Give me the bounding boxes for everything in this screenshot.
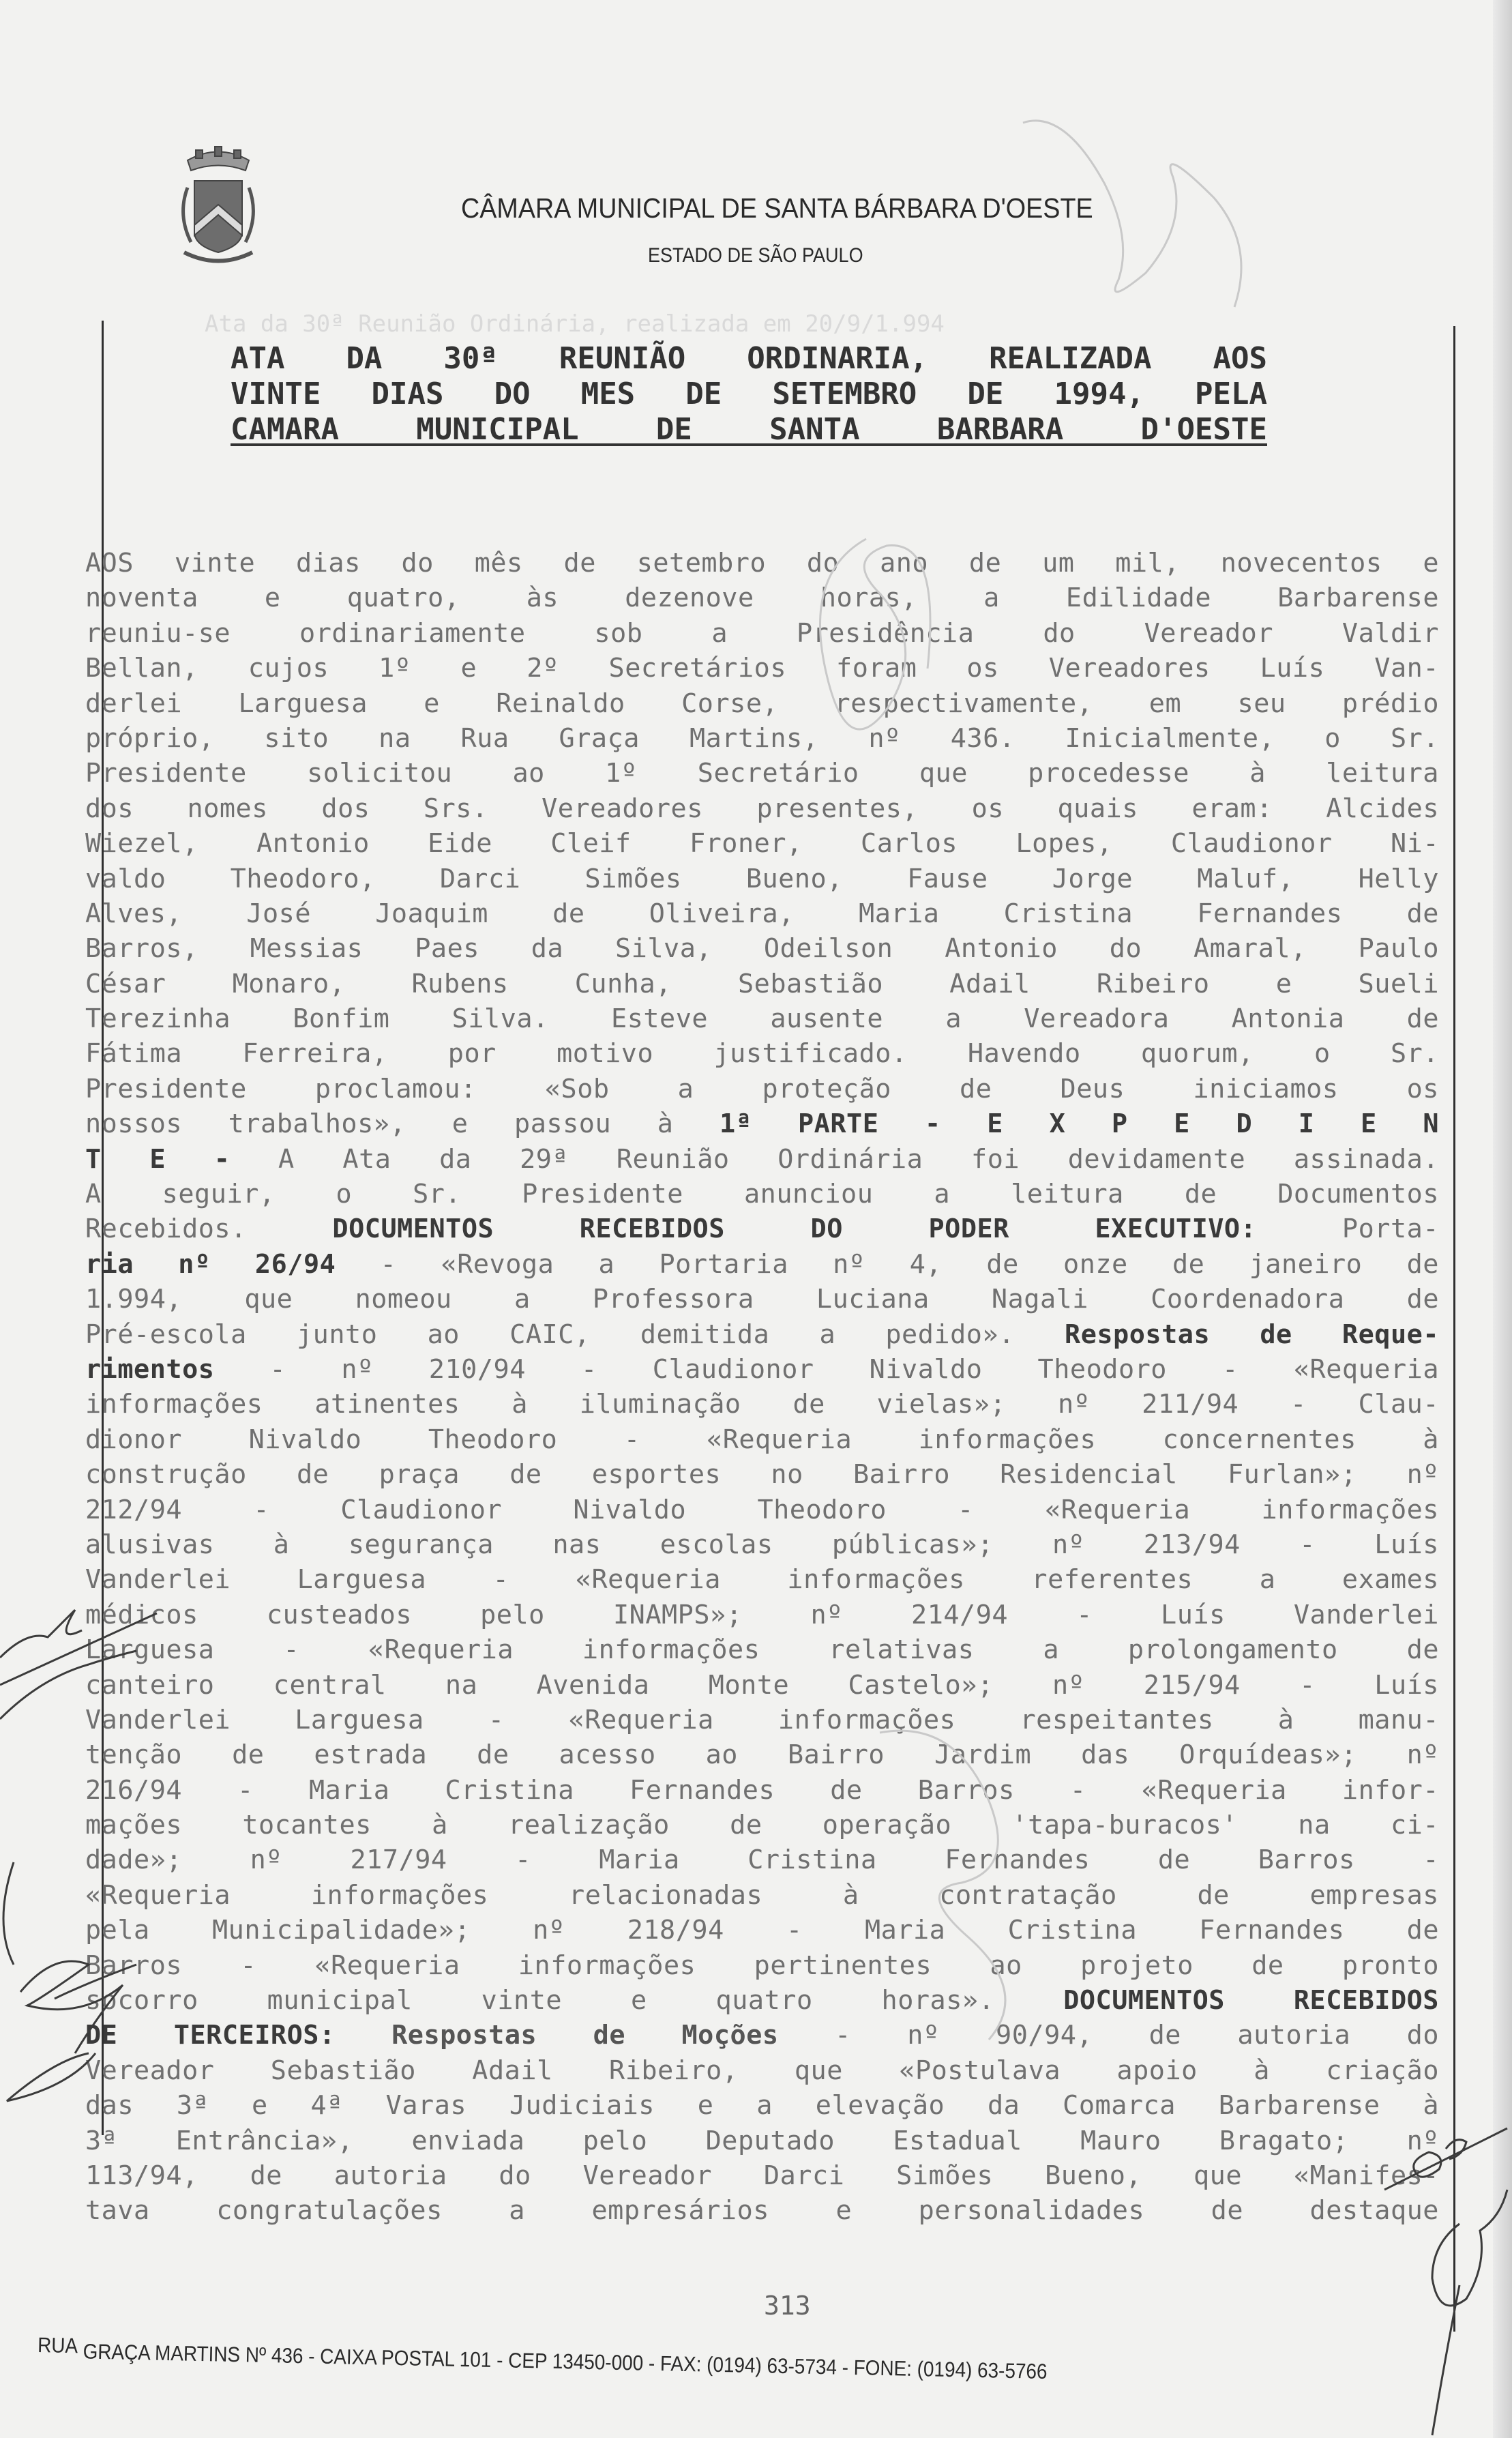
body-line: DE TERCEIROS: Respostas de Moções - nº 9… (85, 2018, 1439, 2053)
body-line: Fátima Ferreira, por motivo justificado.… (85, 1036, 1439, 1071)
page-number: 313 (764, 2291, 811, 2321)
document-page: Ata da 30ª Reunião Ordinária, realizada … (0, 0, 1512, 2438)
body-line: pela Municipalidade»; nº 218/94 - Maria … (85, 1913, 1439, 1948)
margin-signature-icon (0, 1583, 205, 2128)
body-line: mações tocantes à realização de operação… (85, 1808, 1439, 1842)
body-line: 212/94 - Claudionor Nivaldo Theodoro - «… (85, 1493, 1439, 1527)
minutes-body: AOS vinte dias do mês de setembro do ano… (85, 546, 1439, 2229)
footer-address: RUA GRAÇA MARTINS Nº 436 - CAIXA POSTAL … (38, 2338, 1048, 2384)
body-line: Barros - «Requeria informações pertinent… (85, 1948, 1439, 1983)
show-through-signature (853, 1719, 1078, 2046)
body-line: Pré-escola junto ao CAIC, demitida a ped… (85, 1317, 1439, 1352)
body-line: Vanderlei Larguesa - «Requeria informaçõ… (85, 1562, 1439, 1597)
body-line: noventa e quatro, às dezenove horas, a E… (85, 581, 1439, 615)
body-line: das 3ª e 4ª Varas Judiciais e a elevação… (85, 2088, 1439, 2123)
body-line: dos nomes dos Srs. Vereadores presentes,… (85, 791, 1439, 826)
body-line: alusivas à segurança nas escolas pública… (85, 1527, 1439, 1562)
body-line: tava congratulações a empresários e pers… (85, 2193, 1439, 2228)
body-line: AOS vinte dias do mês de setembro do ano… (85, 546, 1439, 581)
title-line: VINTE DIAS DO MES DE SETEMBRO DE 1994, P… (231, 377, 1267, 412)
body-line: canteiro central na Avenida Monte Castel… (85, 1668, 1439, 1703)
portaria-label: ria nº 26/94 (85, 1249, 336, 1280)
minutes-title: ATA DA 30ª REUNIÃO ORDINARIA, REALIZADA … (231, 341, 1267, 447)
body-line: socorro municipal vinte e quatro horas».… (85, 1983, 1439, 2018)
body-line: Wiezel, Antonio Eide Cleif Froner, Carlo… (85, 826, 1439, 861)
body-line: Alves, José Joaquim de Oliveira, Maria C… (85, 896, 1439, 931)
body-text-segment: Porta- (1256, 1214, 1439, 1244)
body-line: construção de praça de esportes no Bairr… (85, 1457, 1439, 1492)
body-line: César Monaro, Rubens Cunha, Sebastião Ad… (85, 967, 1439, 1001)
body-line: rimentos - nº 210/94 - Claudionor Nivald… (85, 1352, 1439, 1387)
body-line: Bellan, cujos 1º e 2º Secretários foram … (85, 651, 1439, 686)
show-through-text: Ata da 30ª Reunião Ordinária, realizada … (205, 310, 945, 338)
body-line: valdo Theodoro, Darci Simões Bueno, Faus… (85, 862, 1439, 896)
body-line: dade»; nº 217/94 - Maria Cristina Fernan… (85, 1842, 1439, 1877)
section-heading-executivo: DOCUMENTOS RECEBIDOS DO PODER EXECUTIVO: (332, 1214, 1256, 1244)
body-line: T E - A Ata da 29ª Reunião Ordinária foi… (85, 1142, 1439, 1177)
body-text-segment: nossos trabalhos», e passou à (85, 1108, 720, 1139)
body-line: 3ª Entrância», enviada pelo Deputado Est… (85, 2124, 1439, 2158)
body-line: Recebidos. DOCUMENTOS RECEBIDOS DO PODER… (85, 1211, 1439, 1246)
body-line: Vanderlei Larguesa - «Requeria informaçõ… (85, 1703, 1439, 1737)
body-line: ria nº 26/94 - «Revoga a Portaria nº 4, … (85, 1247, 1439, 1282)
body-line: 1.994, que nomeou a Professora Luciana N… (85, 1282, 1439, 1317)
section-heading-requerimentos: Respostas de Reque- (1065, 1319, 1439, 1350)
body-text-segment: Pré-escola junto ao CAIC, demitida a ped… (85, 1319, 1065, 1350)
institution-name: CÂMARA MUNICIPAL DE SANTA BÁRBARA D'OEST… (461, 192, 1093, 224)
body-line: próprio, sito na Rua Graça Martins, nº 4… (85, 721, 1439, 756)
body-line: Presidente solicitou ao 1º Secretário qu… (85, 756, 1439, 791)
rubric-signature-icon (1378, 2115, 1512, 2438)
body-line: A seguir, o Sr. Presidente anunciou a le… (85, 1177, 1439, 1211)
body-line: Larguesa - «Requeria informações relativ… (85, 1632, 1439, 1667)
footer-rua: RUA (38, 2333, 78, 2358)
show-through-signature (784, 532, 962, 825)
page-edge-shadow (1493, 0, 1512, 2438)
body-line: 113/94, de autoria do Vereador Darci Sim… (85, 2158, 1439, 2193)
body-text-segment: - «Revoga a Portaria nº 4, de onze de ja… (336, 1249, 1439, 1280)
body-line: Vereador Sebastião Adail Ribeiro, que «P… (85, 2053, 1439, 2088)
body-line: Terezinha Bonfim Silva. Esteve ausente a… (85, 1001, 1439, 1036)
mocoes-label: Respostas de Moções (336, 2020, 779, 2051)
section-heading-expediente-end: T E - (85, 1144, 278, 1175)
state-name: ESTADO DE SÃO PAULO (648, 244, 863, 267)
body-line: reuniu-se ordinariamente sob a Presidênc… (85, 616, 1439, 651)
body-text-segment: A Ata da 29ª Reunião Ordinária foi devid… (278, 1144, 1439, 1175)
body-line: tenção de estrada de acesso ao Bairro Ja… (85, 1737, 1439, 1772)
body-line: médicos custeados pelo INAMPS»; nº 214/9… (85, 1598, 1439, 1632)
section-heading-requerimentos-end: rimentos (85, 1354, 214, 1385)
section-heading-terceiros: DOCUMENTOS RECEBIDOS (1063, 1985, 1439, 2016)
body-text-segment: Recebidos. (85, 1214, 332, 1244)
body-line: informações atinentes à iluminação de vi… (85, 1387, 1439, 1422)
body-line: dionor Nivaldo Theodoro - «Requeria info… (85, 1422, 1439, 1457)
body-line: Barros, Messias Paes da Silva, Odeilson … (85, 931, 1439, 966)
body-line: derlei Larguesa e Reinaldo Corse, respec… (85, 686, 1439, 721)
section-heading-expediente: 1ª PARTE - E X P E D I E N (720, 1108, 1439, 1139)
body-line: «Requeria informações relacionadas à con… (85, 1878, 1439, 1913)
footer-address-text: GRAÇA MARTINS Nº 436 - CAIXA POSTAL 101 … (83, 2339, 1048, 2383)
body-text-segment: - nº 210/94 - Claudionor Nivaldo Theodor… (214, 1354, 1439, 1385)
body-line: 216/94 - Maria Cristina Fernandes de Bar… (85, 1773, 1439, 1808)
body-line: Presidente proclamou: «Sob a proteção de… (85, 1072, 1439, 1106)
right-margin-line (1453, 326, 1455, 2332)
title-line: ATA DA 30ª REUNIÃO ORDINARIA, REALIZADA … (231, 341, 1267, 377)
coat-of-arms-icon (167, 140, 269, 273)
title-line: CAMARA MUNICIPAL DE SANTA BARBARA D'OEST… (231, 412, 1267, 447)
show-through-signature (1009, 102, 1282, 327)
body-line: nossos trabalhos», e passou à 1ª PARTE -… (85, 1106, 1439, 1141)
